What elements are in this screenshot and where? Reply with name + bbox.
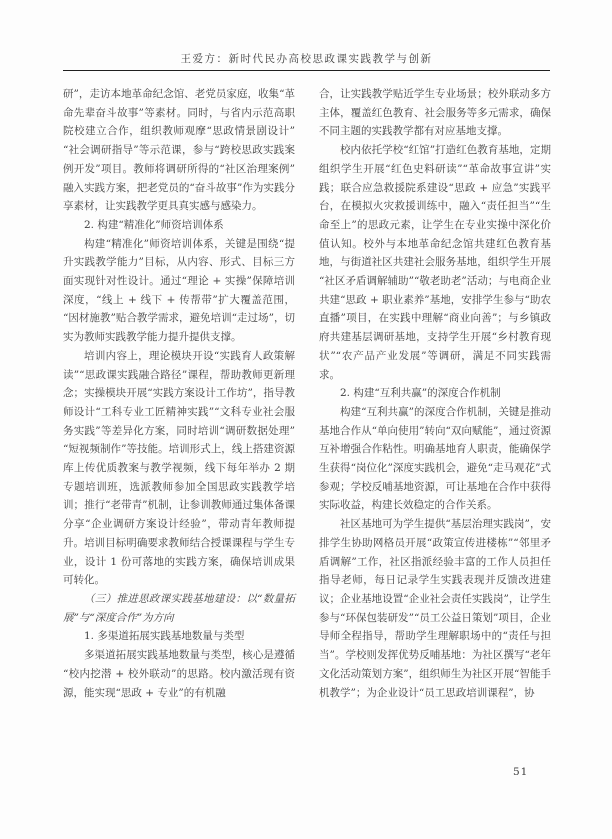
paper-page: 王爱方：新时代民办高校思政课实践教学与创新 研”，走访本地革命纪念馆、老党员家庭… — [0, 0, 612, 839]
numbered-subheading: 2. 构建“精准化”师资培训体系 — [63, 216, 295, 235]
page-number: 51 — [513, 766, 528, 778]
column-right: 合，让实践教学贴近学生专业场景；校外联动多方主体，覆盖红色教育、社会服务等多元需… — [319, 85, 551, 702]
article-body: 研”，走访本地革命纪念馆、老党员家庭，收集“革命先辈奋斗故事”等素材。同时，与省… — [63, 85, 551, 702]
numbered-subheading: 2. 构建“互利共赢”的深度合作机制 — [319, 384, 551, 403]
body-paragraph-continuation: 合，让实践教学贴近学生专业场景；校外联动多方主体，覆盖红色教育、社会服务等多元需… — [319, 85, 551, 141]
header-rule — [63, 70, 550, 71]
body-paragraph: 培训内容上，理论模块开设“实践育人政策解读”“思政课实践融合路径”课程，帮助教师… — [63, 347, 295, 590]
body-paragraph: 社区基地可为学生提供“基层治理实践岗”，安排学生协助网格员开展“政策宣传进楼栋”… — [319, 515, 551, 702]
body-paragraph: 构建“精准化”师资培训体系，关键是围绕“提升实践教学能力”目标，从内容、形式、目… — [63, 235, 295, 347]
numbered-subheading: 1. 多渠道拓展实践基地数量与类型 — [63, 627, 295, 646]
body-paragraph: 多渠道拓展实践基地数量与类型，核心是遵循“校内挖潜 + 校外联动”的思路。校内激… — [63, 646, 295, 702]
column-left: 研”，走访本地革命纪念馆、老党员家庭，收集“革命先辈奋斗故事”等素材。同时，与省… — [63, 85, 295, 702]
body-paragraph: 构建“互利共赢”的深度合作机制，关键是推动基地合作从“单向使用”转向“双向赋能”… — [319, 403, 551, 515]
body-paragraph-continuation: 研”，走访本地革命纪念馆、老党员家庭，收集“革命先辈奋斗故事”等素材。同时，与省… — [63, 85, 295, 216]
body-paragraph: 校内依托学校“红馆”打造红色教育基地，定期组织学生开展“红色史料研读”“革命故事… — [319, 141, 551, 384]
section-subheading: （三）推进思政课实践基地建设：以“数量拓展”与“深度合作”为方向 — [63, 590, 295, 627]
running-title: 王爱方：新时代民办高校思政课实践教学与创新 — [63, 51, 550, 66]
